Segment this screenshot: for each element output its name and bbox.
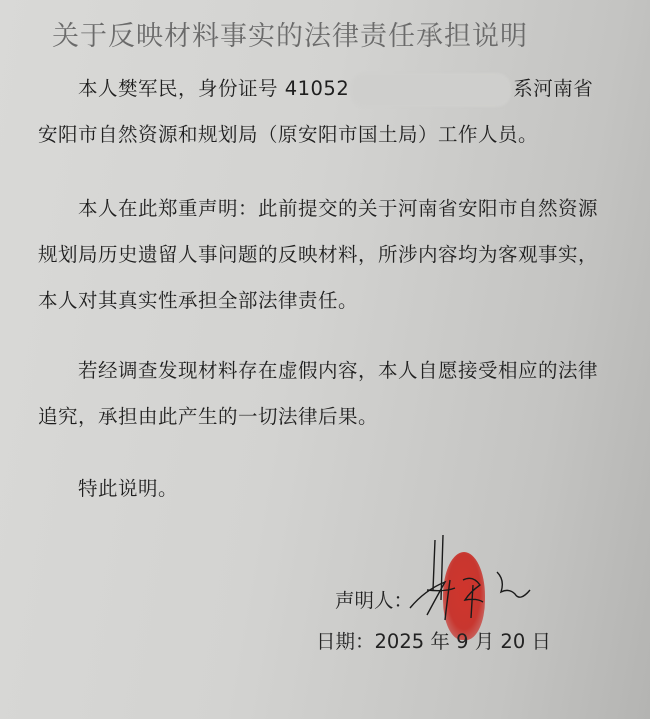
identity-prefix: 本人樊军民，身份证号	[38, 77, 285, 100]
redacted-id-block	[351, 73, 511, 107]
paragraph-identity: 本人樊军民，身份证号 41052系河南省安阳市自然资源和规划局（原安阳市国土局）…	[38, 66, 598, 158]
date-label: 日期：	[316, 630, 375, 653]
paragraph-closing: 特此说明。	[38, 466, 598, 512]
date-line: 日期：2025 年 9 月 20 日	[316, 626, 551, 654]
paragraph-declaration: 本人在此郑重声明：此前提交的关于河南省安阳市自然资源规划局历史遗留人事问题的反映…	[38, 186, 598, 324]
declaration-text: 本人在此郑重声明：此前提交的关于河南省安阳市自然资源规划局历史遗留人事问题的反映…	[38, 197, 598, 312]
document-title: 关于反映材料事实的法律责任承担说明	[0, 14, 650, 53]
signatory-label: 声明人：	[335, 585, 413, 613]
date-day-unit: 日	[531, 630, 551, 653]
paragraph-liability: 若经调查发现材料存在虚假内容，本人自愿接受相应的法律追究，承担由此产生的一切法律…	[38, 348, 598, 440]
liability-text: 若经调查发现材料存在虚假内容，本人自愿接受相应的法律追究，承担由此产生的一切法律…	[38, 359, 598, 428]
closing-text: 特此说明。	[38, 477, 178, 500]
handwritten-signature	[405, 530, 535, 630]
date-year-unit: 年	[430, 630, 450, 653]
date-month: 9	[456, 630, 468, 653]
id-number-visible: 41052	[285, 77, 350, 100]
date-month-unit: 月	[475, 630, 495, 653]
date-day: 20	[500, 630, 525, 653]
document-page: 关于反映材料事实的法律责任承担说明 本人樊军民，身份证号 41052系河南省安阳…	[0, 0, 650, 719]
date-year: 2025	[375, 630, 425, 653]
